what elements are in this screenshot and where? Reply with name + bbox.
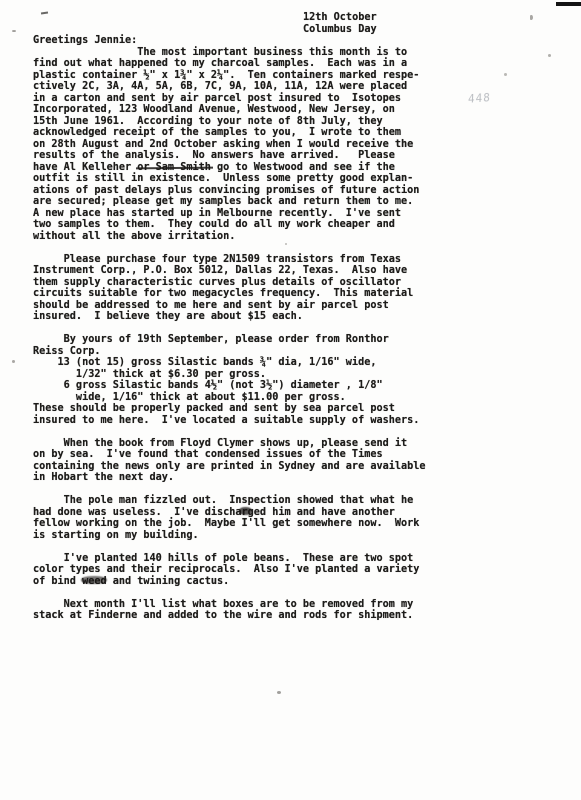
letter-line: is starting on my building. (33, 530, 553, 542)
letter-line: of bind weed and twining cactus. (33, 576, 553, 588)
letter-line: find out what happened to my charcoal sa… (33, 58, 553, 70)
letter-line: had done was useless. I've discharged hi… (33, 507, 553, 519)
letter-line: outfit is still in existence. Unless som… (33, 173, 553, 185)
letter-line: The most important business this month i… (33, 47, 553, 59)
letter-line: 12th October (33, 12, 553, 24)
letter-line: should be addressed to me here and sent … (33, 300, 553, 312)
scan-artifact-corner-bar (556, 2, 581, 6)
letter-line: are secured; please get my samples back … (33, 196, 553, 208)
letter-line: stack at Finderne and added to the wire … (33, 610, 553, 622)
paragraph: Please purchase four type 2N1509 transis… (33, 254, 553, 323)
letter-line: Greetings Jennie: (33, 35, 553, 47)
letter-line: When the book from Floyd Clymer shows up… (33, 438, 553, 450)
paragraph: The most important business this month i… (33, 47, 553, 243)
letter-line: ctively 2C, 3A, 4A, 5A, 6B, 7C, 9A, 10A,… (33, 81, 553, 93)
paragraph: By yours of 19th September, please order… (33, 334, 553, 426)
letter-line: Next month I'll list what boxes are to b… (33, 599, 553, 611)
letter-line: acknowledged receipt of the samples to y… (33, 127, 553, 139)
paragraph: Next month I'll list what boxes are to b… (33, 599, 553, 622)
scan-artifact-speck (285, 243, 287, 245)
letter-line: have Al Kelleher or Sam Smith go to West… (33, 162, 553, 174)
letter-line: A new place has started up in Melbourne … (33, 208, 553, 220)
letter-line: them supply characteristic curves plus d… (33, 277, 553, 289)
letter-line: Instrument Corp., P.O. Box 5012, Dallas … (33, 265, 553, 277)
letter-line: 1/32" thick at $6.30 per gross. (33, 369, 553, 381)
letter-line: results of the analysis. No answers have… (33, 150, 553, 162)
letter-line: fellow working on the job. Maybe I'll ge… (33, 518, 553, 530)
letter-line: The pole man fizzled out. Inspection sho… (33, 495, 553, 507)
paragraph: The pole man fizzled out. Inspection sho… (33, 495, 553, 541)
letter-line: ations of past delays plus convincing pr… (33, 185, 553, 197)
ink-blotch (81, 576, 107, 584)
letter-line: I've planted 140 hills of pole beans. Th… (33, 553, 553, 565)
letter-line: color types and their reciprocals. Also … (33, 564, 553, 576)
letter-line: Columbus Day (33, 24, 553, 36)
letter-line: plastic container ½" x 1¾" x 2¼". Ten co… (33, 70, 553, 82)
letter-line: wide, 1/16" thick at about $11.00 per gr… (33, 392, 553, 404)
scan-artifact-speck (277, 691, 281, 694)
letter-line: without all the above irritation. (33, 231, 553, 243)
letter-line: By yours of 19th September, please order… (33, 334, 553, 346)
letter-line: two samples to them. They could do all m… (33, 219, 553, 231)
letter-line: containing the news only are printed in … (33, 461, 553, 473)
ink-blotch (239, 507, 252, 515)
scan-artifact-speck (548, 54, 551, 57)
pencil-mark: 448 (468, 91, 491, 106)
scanned-letter-page: 12th OctoberColumbus DayGreetings Jennie… (0, 0, 581, 800)
letter-line: on 28th August and 2nd October asking wh… (33, 139, 553, 151)
letter-line: circuits suitable for two megacycles fre… (33, 288, 553, 300)
letter-line: Reiss Corp. (33, 346, 553, 358)
letter-line: 13 (not 15) gross Silastic bands ¾" dia,… (33, 357, 553, 369)
letter-line: insured to me here. I've located a suita… (33, 415, 553, 427)
scan-artifact-speck (12, 360, 15, 363)
letter-line: Incorporated, 123 Woodland Avenue, Westw… (33, 104, 553, 116)
letter-line: insured. I believe they are about $15 ea… (33, 311, 553, 323)
scan-artifact-speck (530, 15, 533, 20)
scan-artifact-speck (504, 73, 507, 76)
scan-artifact-speck (12, 30, 16, 32)
letter-line: 15th June 1961. According to your note o… (33, 116, 553, 128)
letter-line: on by sea. I've found that condensed iss… (33, 449, 553, 461)
letter-line: 6 gross Silastic bands 4½" (not 3½") dia… (33, 380, 553, 392)
letter-line: in Hobart the next day. (33, 472, 553, 484)
letter-line: Please purchase four type 2N1509 transis… (33, 254, 553, 266)
paragraph: When the book from Floyd Clymer shows up… (33, 438, 553, 484)
paragraph: I've planted 140 hills of pole beans. Th… (33, 553, 553, 588)
letter-line: These should be properly packed and sent… (33, 403, 553, 415)
